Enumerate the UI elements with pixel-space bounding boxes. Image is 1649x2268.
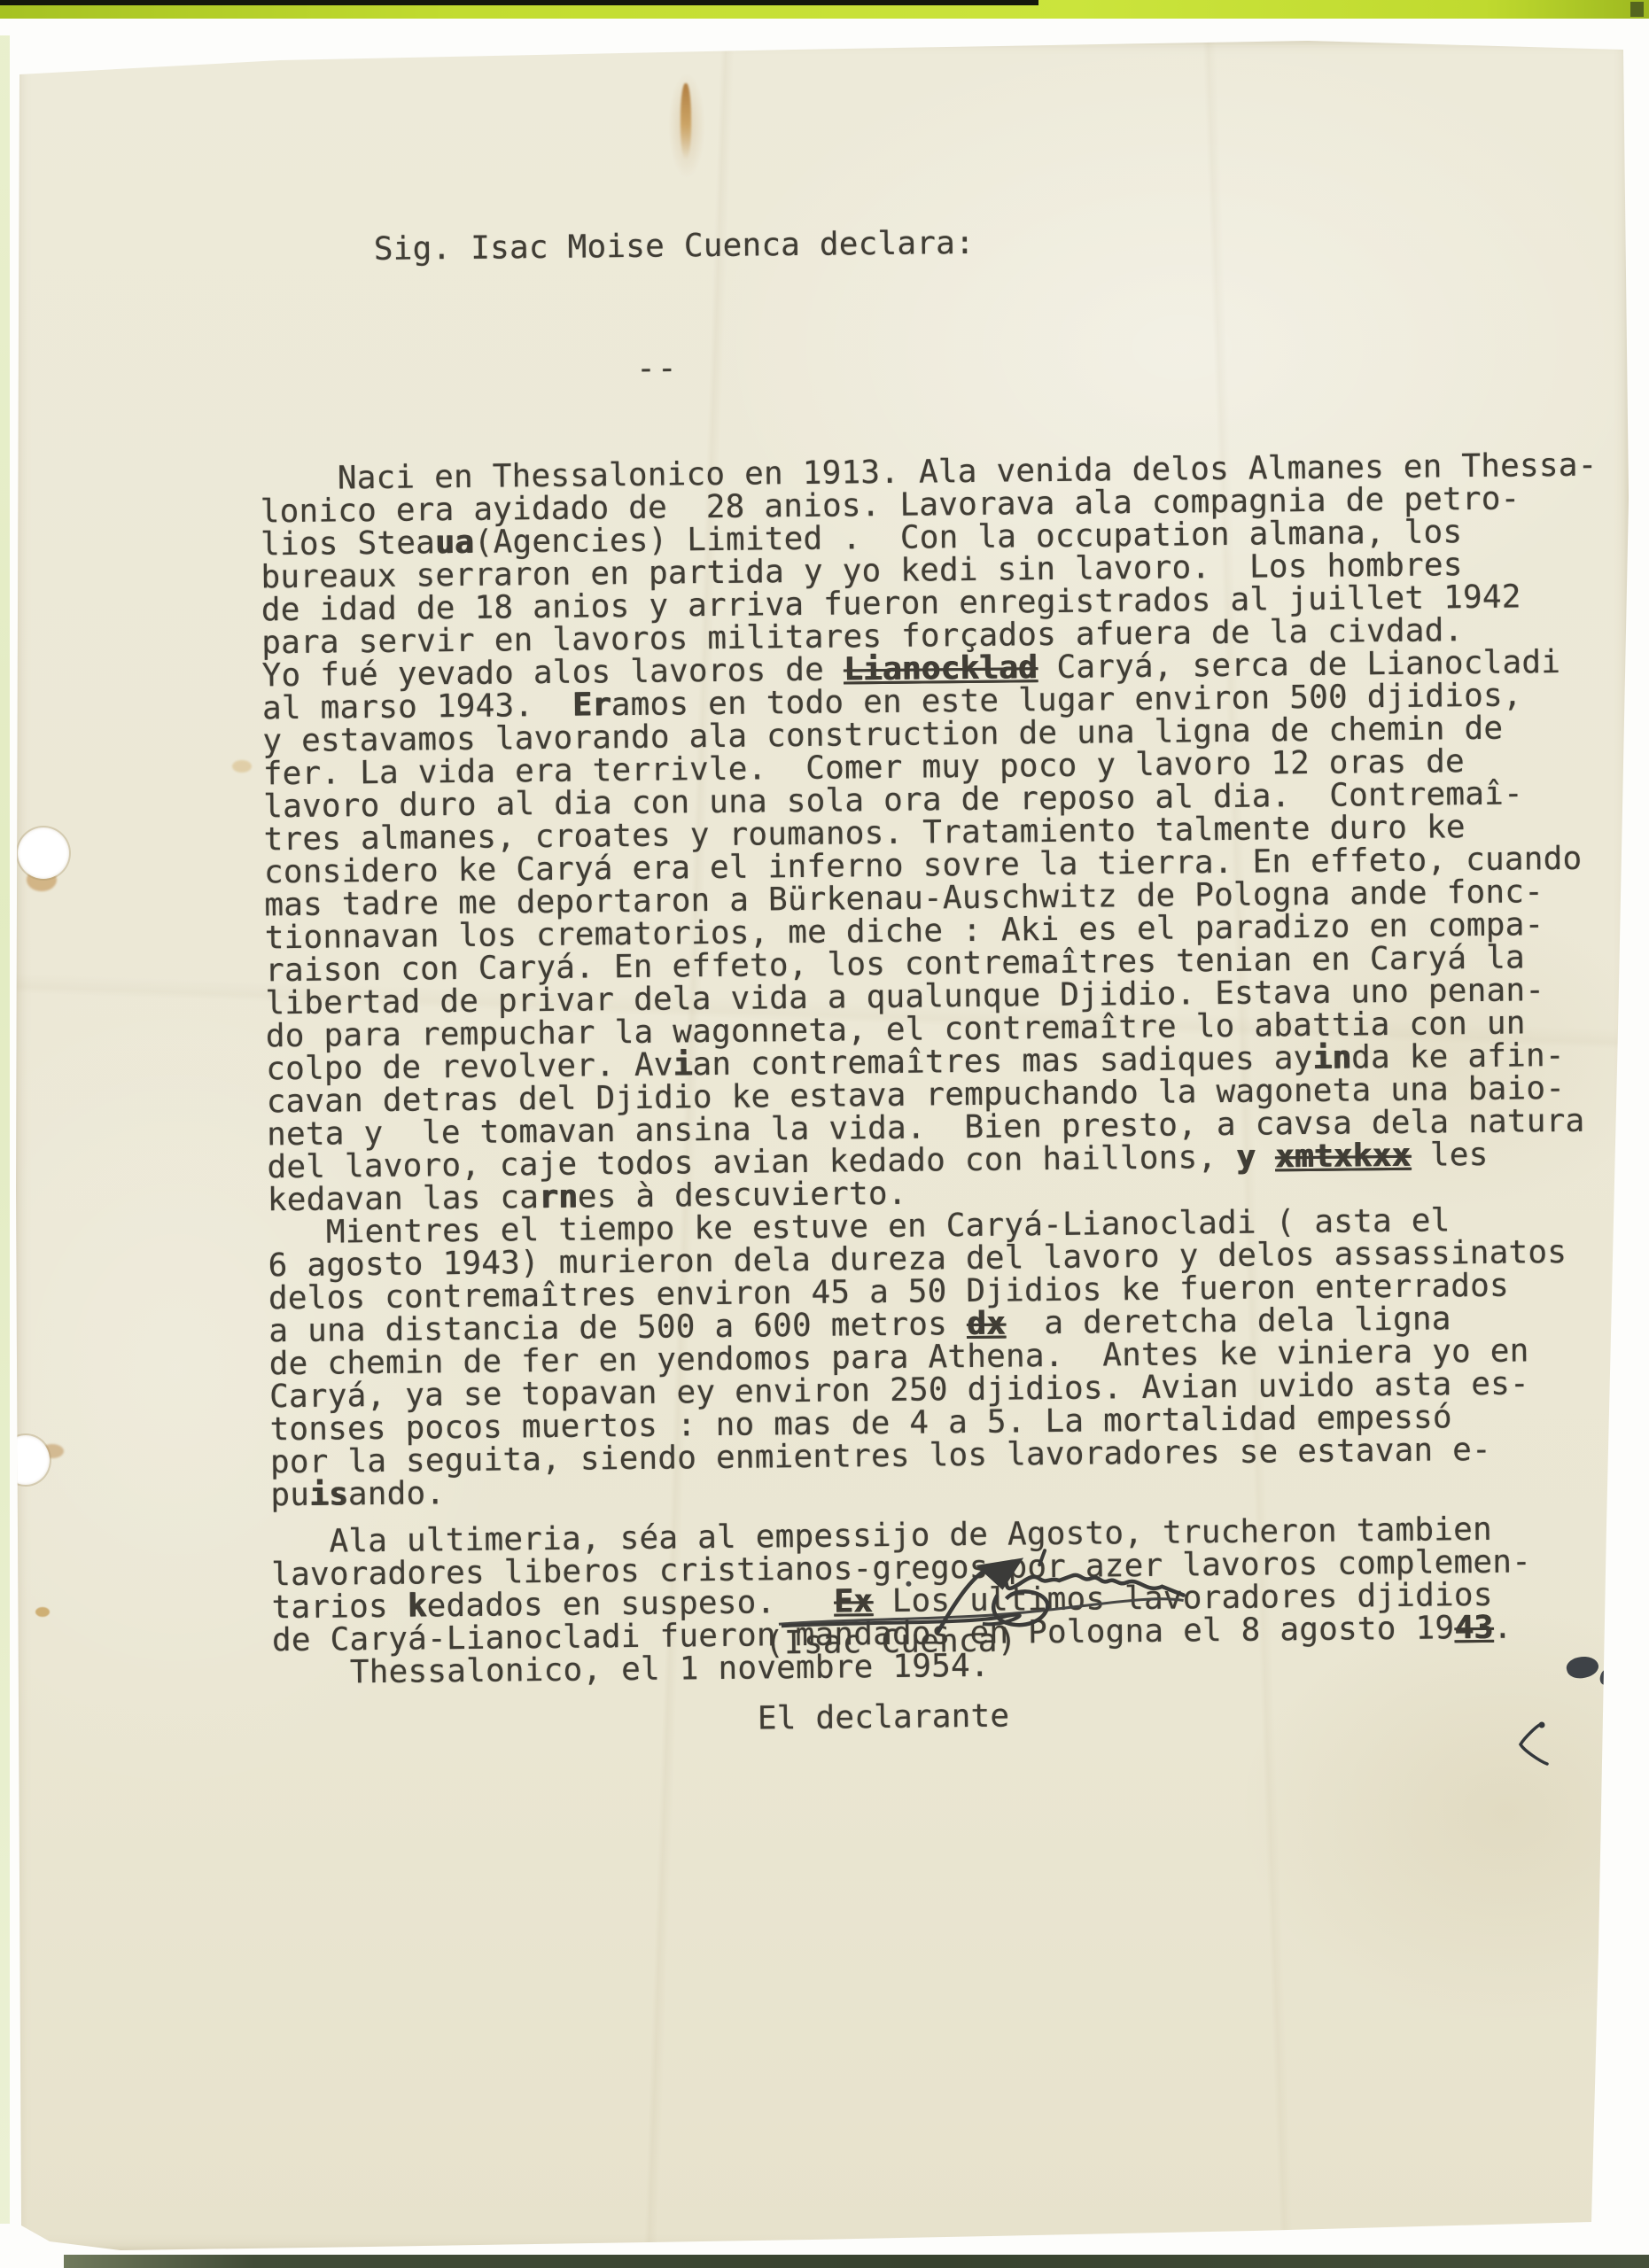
signature-name: (Isac Cuenca) [765, 1624, 1017, 1659]
rust-stain [681, 83, 691, 159]
paper-sheet: Sig. Isac Moise Cuenca declara: -- Naci … [14, 37, 1636, 2256]
document-heading: Sig. Isac Moise Cuenca declara: [257, 220, 1626, 267]
scanner-edge-left [0, 35, 10, 2224]
scanner-edge-bottom [64, 2255, 1649, 2268]
text-line: El declarante [273, 1693, 1642, 1740]
typewritten-text: Sig. Isac Moise Cuenca declara: -- Naci … [257, 154, 1642, 1692]
brown-dot-stain [35, 1607, 50, 1617]
small-stain [232, 760, 252, 773]
paragraph: Naci en Thessalonico en 1913. Ala venida… [260, 448, 1637, 1216]
paragraph: El declarante [273, 1693, 1642, 1740]
paragraph: Mientres el tiempo ke estuve en Caryá-Li… [268, 1202, 1639, 1511]
heading-dash: -- [259, 342, 1628, 389]
signature [657, 1512, 1075, 1616]
punch-hole [18, 827, 69, 879]
scanner-edge-top [0, 0, 1649, 19]
